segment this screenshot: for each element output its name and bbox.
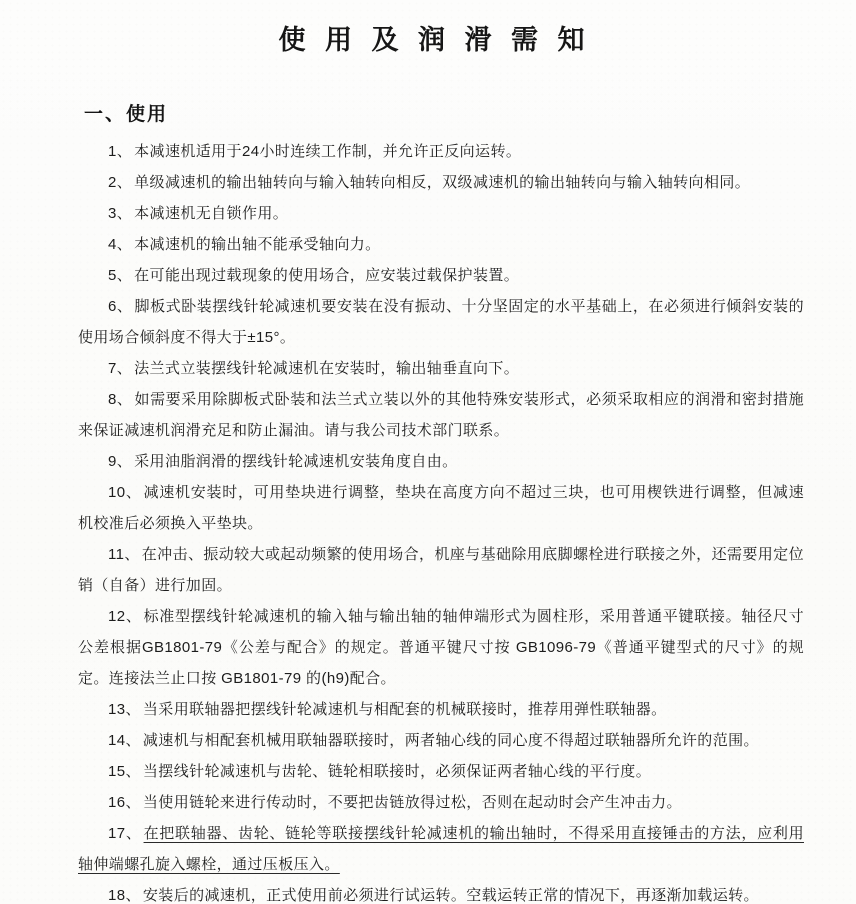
page-title: 使 用 及 润 滑 需 知 [78,18,791,57]
instruction-item: 12、标准型摆线针轮减速机的输入轴与输出轴的轴伸端形式为圆柱形，采用普通平键联接… [78,601,804,694]
instruction-item: 10、减速机安装时，可用垫块进行调整，垫块在高度方向不超过三块，也可用楔铁进行调… [78,477,804,539]
item-number: 7、 [108,360,134,377]
item-text: 减速机与相配套机械用联轴器联接时，两者轴心线的同心度不得超过联轴器所允许的范围。 [143,732,759,749]
item-text: 在可能出现过载现象的使用场合，应安装过载保护装置。 [134,267,519,284]
item-number: 5、 [108,267,134,284]
instruction-item: 13、当采用联轴器把摆线针轮减速机与相配套的机械联接时，推荐用弹性联轴器。 [78,694,804,725]
item-text: 当摆线针轮减速机与齿轮、链轮相联接时，必须保证两者轴心线的平行度。 [143,763,651,780]
item-number: 4、 [108,236,134,253]
item-number: 1、 [108,143,134,160]
item-text: 当使用链轮来进行传动时，不要把齿链放得过松，否则在起动时会产生冲击力。 [143,794,682,811]
item-text: 本减速机的输出轴不能承受轴向力。 [134,236,380,253]
item-number: 14、 [108,732,143,749]
item-text: 标准型摆线针轮减速机的输入轴与输出轴的轴伸端形式为圆柱形，采用普通平键联接。轴径… [78,608,804,687]
item-number: 9、 [108,453,134,470]
item-number: 16、 [108,794,143,811]
instruction-item: 4、本减速机的输出轴不能承受轴向力。 [78,229,804,260]
item-text: 本减速机无自锁作用。 [134,205,288,222]
instruction-item: 2、单级减速机的输出轴转向与输入轴转向相反，双级减速机的输出轴转向与输入轴转向相… [78,167,804,198]
item-text: 单级减速机的输出轴转向与输入轴转向相反，双级减速机的输出轴转向与输入轴转向相同。 [134,174,750,191]
item-number: 3、 [108,205,134,222]
item-number: 12、 [108,608,144,625]
instruction-item: 11、在冲击、振动较大或起动频繁的使用场合，机座与基础除用底脚螺栓进行联接之外，… [78,539,804,601]
instruction-item: 9、采用油脂润滑的摆线针轮减速机安装角度自由。 [78,446,804,477]
item-text: 如需要采用除脚板式卧装和法兰式立装以外的其他特殊安装形式，必须采取相应的润滑和密… [78,391,804,439]
item-text: 脚板式卧装摆线针轮减速机要安装在没有振动、十分坚固定的水平基础上，在必须进行倾斜… [78,298,804,346]
instruction-item: 6、脚板式卧装摆线针轮减速机要安装在没有振动、十分坚固定的水平基础上，在必须进行… [78,291,804,353]
instruction-item: 15、当摆线针轮减速机与齿轮、链轮相联接时，必须保证两者轴心线的平行度。 [78,756,804,787]
instruction-item: 7、法兰式立装摆线针轮减速机在安装时，输出轴垂直向下。 [78,353,804,384]
item-text: 减速机安装时，可用垫块进行调整，垫块在高度方向不超过三块，也可用楔铁进行调整，但… [78,484,804,532]
instruction-item: 16、当使用链轮来进行传动时，不要把齿链放得过松，否则在起动时会产生冲击力。 [78,787,804,818]
item-text: 安装后的减速机，正式使用前必须进行试运转。空载运转正常的情况下，再逐渐加载运转。 [143,887,759,904]
instruction-item: 8、如需要采用除脚板式卧装和法兰式立装以外的其他特殊安装形式，必须采取相应的润滑… [78,384,804,446]
section-heading-usage: 一、使用 [84,99,804,126]
item-number: 6、 [108,298,135,315]
item-number: 11、 [108,546,142,563]
item-text: 法兰式立装摆线针轮减速机在安装时，输出轴垂直向下。 [134,360,519,377]
item-text: 采用油脂润滑的摆线针轮减速机安装角度自由。 [134,453,457,470]
item-number: 13、 [108,701,143,718]
item-text: 当采用联轴器把摆线针轮减速机与相配套的机械联接时，推荐用弹性联轴器。 [143,701,667,718]
item-number: 17、 [108,825,144,842]
item-text: 本减速机适用于24小时连续工作制，并允许正反向运转。 [134,143,521,160]
instruction-list: 1、本减速机适用于24小时连续工作制，并允许正反向运转。 2、单级减速机的输出轴… [78,136,804,904]
item-text: 在冲击、振动较大或起动频繁的使用场合，机座与基础除用底脚螺栓进行联接之外，还需要… [78,546,804,594]
item-text: 在把联轴器、齿轮、链轮等联接摆线针轮减速机的输出轴时，不得采用直接锤击的方法，应… [78,825,804,873]
instruction-item: 17、在把联轴器、齿轮、链轮等联接摆线针轮减速机的输出轴时，不得采用直接锤击的方… [78,818,804,880]
item-number: 18、 [108,887,143,904]
instruction-item: 18、安装后的减速机，正式使用前必须进行试运转。空载运转正常的情况下，再逐渐加载… [78,880,804,904]
instruction-item: 3、本减速机无自锁作用。 [78,198,804,229]
item-number: 2、 [108,174,134,191]
instruction-item: 5、在可能出现过载现象的使用场合，应安装过载保护装置。 [78,260,804,291]
instruction-item: 1、本减速机适用于24小时连续工作制，并允许正反向运转。 [78,136,804,167]
item-number: 8、 [108,391,135,408]
item-number: 15、 [108,763,143,780]
item-number: 10、 [108,484,144,501]
instruction-item: 14、减速机与相配套机械用联轴器联接时，两者轴心线的同心度不得超过联轴器所允许的… [78,725,804,756]
document-page: 使 用 及 润 滑 需 知 一、使用 1、本减速机适用于24小时连续工作制，并允… [0,0,856,904]
